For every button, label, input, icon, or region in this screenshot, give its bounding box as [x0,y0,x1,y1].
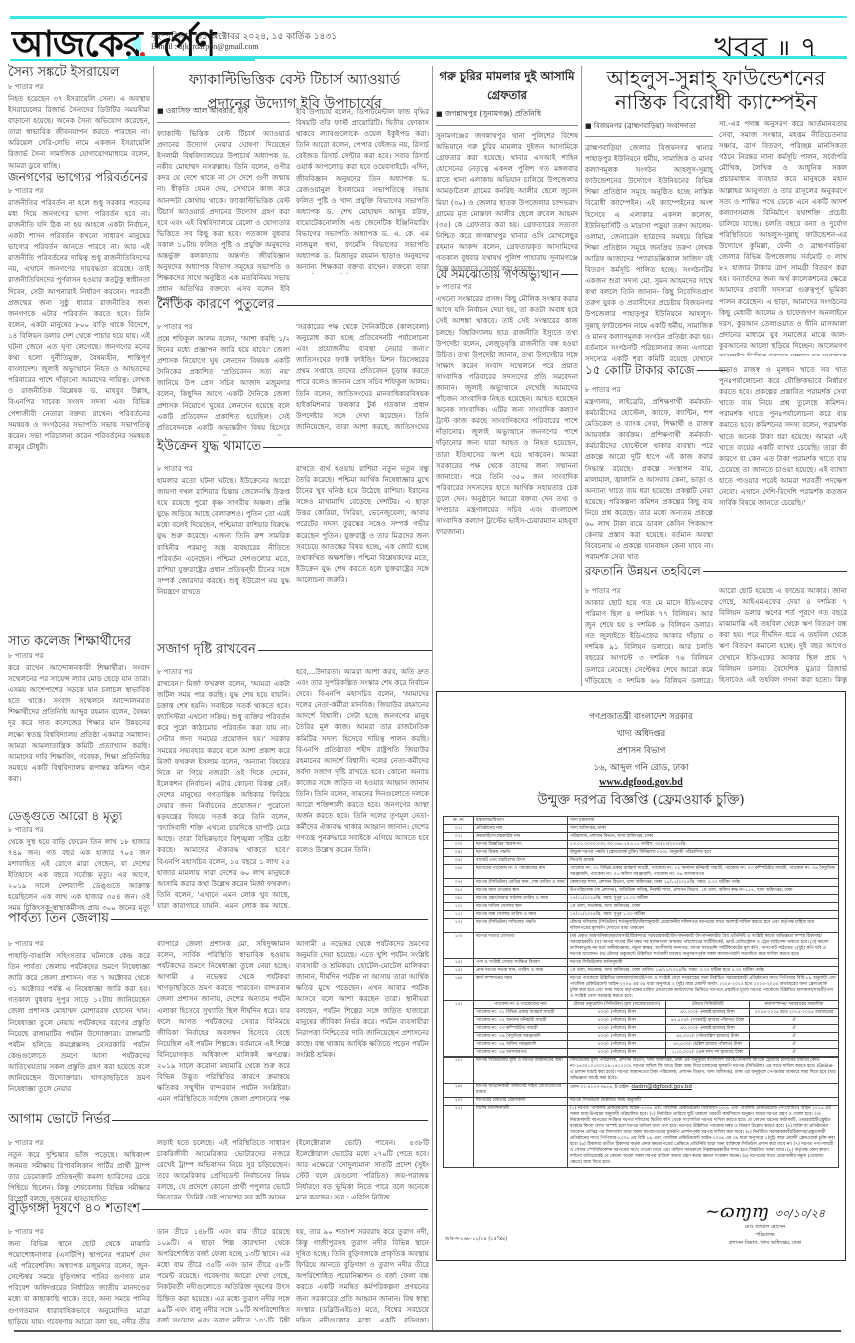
package-row: প্যাকেজ নং: ০৩ কম্পিউটার সামগ্রী৫০০/- (প… [444,1025,839,1033]
row-value: দরপত্র সিডিউলে উল্লিখিত সময় অনুযায়ী [568,1097,839,1105]
byline: জগন্নাথপুর (সুনামগঞ্জ) প্রতিনিধি [436,109,578,126]
article-body: আগামী ৫ নভেম্বর থেকে পর্যটকদের ভ্রমণের অ… [296,938,429,1104]
continued-label: ৮ পাতার পর [585,585,713,597]
column-divider [581,66,582,686]
ad-org-line1: গণপ্রজাতন্ত্রী বাংলাদেশ সরকার [443,710,839,724]
article-ukraine: ইউক্রেন যুদ্ধ থামাতে [157,440,432,455]
package-cell: ঐ [749,1041,838,1049]
signature-block: ~ɷɱɱ ৩০/১০/২৪ মোঃ জামাল হোসেন পরিচালক প্… [705,1201,825,1248]
row-value: (ক) প্রকৃত আমদানিকারক/ব্যবসায়ী/ঠিকাদার/… [568,933,839,959]
package-cell: ৫০০/- (পাঁচশত) টাকা [568,1017,666,1025]
headline-line2: নাস্তিক বিরোধী ক্যাম্পেইন [585,90,847,114]
row-label: ক্রয়কারী/সংগ্রহকারীর নাম [474,833,568,841]
row-value: ২য় তলা, সভাকক্ষ, খাদ্য অধিদপ্তর, ঢাকা ত… [568,967,839,975]
row-value: কোষাগার শাখা, প্রশাসন বিভাগ, খাদ্য অধিদপ… [568,879,839,887]
headline: সাত কলেজ শিক্ষার্থীদের [8,635,150,650]
article-body: হবে,...উদারতা। আমরা আশা করব, অতি দ্রুত এ… [296,666,429,904]
vigilance-col1: ৮ পাতার পর রাখবেন।' মির্জা ফখরুল বলেন, '… [157,666,290,908]
package-cell: ৫০০/- (পাঁচশত) টাকা [568,1041,666,1049]
row-label: দরপত্র সিডিউলের মূল্য ও দরপত্র জামানতের … [474,1057,568,1083]
row-value: ২য় তলা, সভাকক্ষ, খাদ্য অধিদপ্তর, ঢাকা [568,903,839,911]
row-number: ক্র. নং [444,817,474,825]
column-divider [432,66,433,1331]
article-body: মন্ত্রণালয়, লাইব্রেরি, প্রশিক্ষণার্থী ক… [585,396,713,562]
us-vote-col3: (ইলেক্টোরাল ভোট) পাবেন। ৫৩৮টি ইলেক্টোরাল… [296,1137,429,1199]
article-body: নতুন করে দুশ্চিন্তার ভাঁজ পড়েছে। অধিকাং… [8,1149,150,1204]
ukraine-col2: রাখতে ব্যর্থ হওয়ায় রাশিয়া নতুন নতুন ব… [296,463,429,629]
article-buriganga: বুড়িগঙ্গা দূষণে ৪০ শতাংশ [8,1202,428,1217]
row-label: দরপত্র গ্রহণ/জমার সর্বশেষ তারিখ ও সময় [474,895,568,903]
hill-col1: ৮ পাতার পর পাহাড়ি-বাঙালি সহিংসতার ঘটনাক… [8,938,150,1108]
tender-detail-row: ক্র. নংমন্ত্রণালয়/বিভাগখাদ্য মন্ত্রণালয… [444,817,839,825]
row-value-text: (১) দরপত্র 'পাবলিক প্রকিউরমেন্ট আইন-২০০৬… [570,1106,835,1165]
article-body: ডান তীরে ১৪৮টি এবং বাম তীরে রয়েছে ১০৯টি… [157,1226,290,1322]
row-label: দরপত্র আহ্বানকারী অফিসের সহিত যোগাযোগের … [474,1083,568,1097]
article-israel: সৈন্য সঙ্কটে ইসরায়েল ৮ পাতার পর নিহত হয… [8,66,150,173]
tender-detail-row: ০৭।দরপত্র (সিডিউল) প্রাপ্তির স্থান, শেষ … [444,879,839,887]
article-body: সা.-এর পদাঙ্ক অনুসরণ করে আর্তমানবতার সেব… [719,118,847,356]
row-label: বিশেষ নির্দেশনাবলী [474,1105,568,1167]
article-body: জন্য বিভিন্ন স্থানে ছোট থেকে মাঝারি পয়ো… [8,1238,150,1326]
tender-detail-row: ০৫।বাজেট এবং তহবিলের উৎসজিওবি রাজস্ব [444,857,839,865]
row-number: ১৩। [444,933,474,959]
buriganga-col3: হয়, তার ৯০ শতাংশ সরবরাহ করে তুরাগ নদী, … [296,1226,429,1322]
row-value: দরপত্র সিডিউলের বর্ণনানুযায়ী [568,959,839,967]
article-body: প্রশ্নে শফিকুল আলম বলেন, 'আশা করছি ১/২ দ… [157,333,290,436]
tender-detail-row: ১৩।দরপত্র দাতার যোগ্যতা(ক) প্রকৃত আমদানি… [444,933,839,959]
package-cell: প্যাকেজ নং: ০১ বিভিন্ন প্রকার ব্যবহার্য … [474,1009,568,1017]
row-label: মন্ত্রণালয়/বিভাগ [474,817,568,825]
ad-website-link[interactable]: www.dgfood.gov.bd [599,777,683,788]
article-body: ফ্যাকাল্টি ভিত্তিক বেস্ট টিচার্স অ্যাওয়… [157,128,290,318]
article-export-fund: রফতানি উন্নয়ন তহবিলে [585,565,847,579]
us-vote-col1: ৮ পাতার পর নতুন করে দুশ্চিন্তার ভাঁজ পড়… [8,1137,150,1204]
row-number: ১৪। [444,959,474,967]
package-cell: ৫০০/- (পাঁচশত) টাকা [568,1009,666,1017]
tender-detail-row: ০৪।দরপত্র বিক্রয় পদ্ধতিউন্মুক্ত দরপত্র … [444,849,839,857]
row-value: খাদ্য মন্ত্রণালয় [568,817,839,825]
masthead-bottom-rule [128,56,847,59]
ad-website-wrap: www.dgfood.gov.bd [443,777,839,788]
headline: নৈতিক কারণে পুতুলের [157,298,275,313]
row-label: দরপত্রের বৈধতার মেয়াদকাল [474,1097,568,1105]
tender-detail-row: ২০।দরপত্রের বৈধতার মেয়াদকালদরপত্র সিডিউ… [444,1097,839,1105]
article-body: ব্যাপারে জেলা প্রশাসক মো. সহিদুজ্জামান ব… [157,938,290,1104]
row-value-text: ১৭/১১/২০২৪খ্রি. সময়: দুপুর ১.০০ ঘটিকা [570,912,645,917]
column-header: টেন্ডার ডকুমেন্টস (সিডিউল) মূল্য (অফেরতয… [568,1001,666,1009]
package-cell: প্যাকেজ নং: ০৩ কম্পিউটার সামগ্রী [474,1025,568,1033]
triangle-arrow-icon [131,35,141,53]
row-value-text: ২য় তলা, সভাকক্ষ, খাদ্য অধিদপ্তর, ঢাকা ত… [570,968,764,973]
article-body: ছাড়াও রাজস্ব ও মূলধন খাতে সব খাত পুনঃপর… [719,364,847,554]
tender-notice-ad: গণপ্রজাতন্ত্রী বাংলাদেশ সরকার খাদ্য অধিদ… [436,691,846,1261]
ahlus-col2: সা.-এর পদাঙ্ক অনুসরণ করে আর্তমানবতার সেব… [719,118,847,356]
headline: বুড়িগঙ্গা দূষণে ৪০ শতাংশ [8,1202,140,1217]
column-header: প্যাকেজ নং ও প্যাকেজের নাম [474,1001,568,1009]
tender-detail-row: ০৬।দরপত্রের প্যাকেজ নং ও প্যাকেজের নামপ্… [444,865,839,879]
row-label: পণ্য ও সংশ্লিষ্ট সেবার সংক্ষিপ্ত বিবরণ [474,959,568,967]
ukraine-col1: ৮ পাতার পর হামলার মতো ঘটনা ঘটছে। ইউক্রেন… [157,463,290,630]
article-body: থেকে সুস্থ হয়ে বাড়ি ফেরেন তিন লাখ ১৮ হ… [8,836,150,916]
article-body: পাহাড়ি-বাঙালি সহিংসতার ঘটনাকে কেন্দ্র ক… [8,950,150,1108]
tender-detail-row: ০১।প্রতিষ্ঠানের নামখাদ্য অধিদপ্তর, ঢাকা [444,825,839,833]
row-value-text: উপপরিচালক (সা.প্রশাসন), অতিরিক্ত দায়িত্… [570,888,793,893]
row-number: ০১। [444,825,474,833]
package-cell: ৫০০/- (পাঁচশত) টাকা [568,1025,666,1033]
article-people-fate: জনগণের ভাগ্যের পরিবর্তনের ৮ পাতার পর রাজ… [8,171,150,611]
package-row: প্যাকেজ নং: ০২ অন্যান্য মনিহারী সামগ্রী৫… [444,1017,839,1025]
row-value-text: পরিচালক, প্রশাসন বিভাগ, খাদ্য অধিদপ্তর, … [570,834,653,839]
signatory-name: মোঃ জামাল হোসেন [705,1224,825,1232]
headline-rule [277,305,432,306]
column-header: টেন্ডার সিকিউরিটি [666,1001,750,1009]
fifteen-crore-col2: ছাড়াও রাজস্ব ও মূলধন খাতে সব খাত পুনঃপর… [719,364,847,554]
tender-detail-row: ১৬।কার্য সম্পাদনের সময়দরপত্র প্যাকেজে উ… [444,975,839,1001]
row-label: দরপত্র দাতার যোগ্যতা [474,933,568,959]
article-body: লড়াই হতে চলেছে। এই পরিস্থিতিতে সাধারণ চ… [157,1137,290,1199]
headline-rule [111,919,428,920]
headline-line1: আহলুস-সুন্নাহ্ ফাউন্ডেশনের [585,66,847,90]
headline-rule [703,571,847,572]
iu-award-col1: ওয়াসিফ আল আবরার, ইবি ফ্যাকাল্টি ভিত্তিক… [157,106,290,318]
row-value-text: দরপত্র সিডিউলের বর্ণনানুযায়ী [570,960,623,965]
contact-email-link[interactable]: dadm@dgfood.gov.bd [631,1084,692,1090]
vigilance-col2: হবে,...উদারতা। আমরা আশা করব, অতি দ্রুত এ… [296,666,429,904]
tender-details-table: ক্র. নংমন্ত্রণালয়/বিভাগখাদ্য মন্ত্রণালয… [443,816,839,1001]
package-cell: ৯০,০০০/- (নব্বই হাজার) টাকা [666,1009,750,1017]
article-body: হামলার মতো ঘটনা ঘটছে। ইউক্রেনের আরো জায়… [157,475,290,630]
headline-rule [258,650,432,651]
package-cell: ঐ [749,1049,838,1057]
buriganga-col1: ৮ পাতার পর জন্য বিভিন্ন স্থানে ছোট থেকে … [8,1226,150,1326]
tender-detail-row: ১৫।প্রাক দরপত্র সভার স্থান, তারিখ ও সময়… [444,967,839,975]
row-number: ১১। [444,911,474,919]
package-cell: ৫০০/- (পাঁচশত) টাকা [568,1049,666,1057]
ad-code: আব-স-২৬৮-১০/২৪ (১৫"x৪) [445,1236,507,1244]
article-putul: নৈতিক কারণে পুতুলের [157,298,432,313]
row-number: ০৭। [444,879,474,887]
headline: সজাগ দৃষ্টি রাখবেন [157,643,256,658]
signature-icon: ~ɷɱɱ ৩০/১০/২৪ [705,1201,825,1224]
continued-label: ৮ পাতার পর [8,1226,150,1238]
headline-rule [263,447,432,448]
article-seven-college: সাত কলেজ শিক্ষার্থীদের ৮ পাতার পর করে রা… [8,635,150,817]
ad-org-line2: খাদ্য অধিদপ্তর [443,727,839,741]
masthead-accent-line-right [265,16,847,18]
row-value: জিওবি রাজস্ব [568,857,839,865]
tender-detail-row: ১৮।দরপত্র সিডিউলের মূল্য ও দরপত্র জামানত… [444,1057,839,1083]
article-journalists: যে সমঝোতায় গণঅভ্যুত্থান ৮ পাতার পর এখনো… [436,268,578,681]
us-vote-col2: লড়াই হতে চলেছে। এই পরিস্থিতিতে সাধারণ চ… [157,1137,290,1199]
row-label: প্রাক দরপত্র সভার স্থান, তারিখ ও সময় [474,967,568,975]
row-label: দরপত্র বাক্স খোলার তারিখ ও সময় [474,911,568,919]
headline: যে সমঝোতায় গণঅভ্যুত্থান [436,268,559,281]
row-number: ০৫। [444,857,474,865]
tender-detail-row: ১৯।দরপত্র আহ্বানকারী অফিসের সহিত যোগাযোগ… [444,1083,839,1097]
tender-detail-row: ০৩।দরপত্র বিজ্ঞপ্তির স্মারক নং.১৩.০১.০০০… [444,841,839,849]
row-number: ০৩। [444,841,474,849]
article-body: আরো ছোট হয়েছে এ ফান্ডের আকার। জানা গেছে… [719,585,847,683]
row-value: টেন্ডার দলিলের (সিডিউল) শর্তানুযায়ী/দলি… [568,919,839,933]
article-body: করে রাখেন আন্দোলনকারী শিক্ষার্থীরা। সংবা… [8,662,150,817]
package-cell: ৪৫,০০০/- (পঁয়তাল্লিশ হাজার) টাকা [666,1033,750,1041]
continued-label: ৮ পাতার পর [157,463,290,475]
article-dengue: ডেঙ্গুতে আরো ৪ মৃত্যু ৮ পাতার পর থেকে সু… [8,810,150,916]
article-body: রাজনীতির পরিবর্তন না হলে শুধু সরকার পতনে… [8,197,150,611]
row-number: ১০। [444,903,474,911]
row-number: ০২। [444,833,474,841]
package-table: ১৭।প্যাকেজ নং ও প্যাকেজের নামটেন্ডার ডকু… [443,1000,839,1057]
row-number: ০৪। [444,849,474,857]
export-fund-col1: ৮ পাতার পর আকার ছোট হয়ে গত মে মাসে ইডিএ… [585,585,713,685]
row-number: ১৫। [444,967,474,975]
row-number: ২১। [444,1105,474,1167]
continued-label: ৮ পাতার পর [585,384,713,396]
row-value: খাদ্য অধিদপ্তর, ঢাকা [568,825,839,833]
package-cell: ৬৭,৫০০/- (সাতষট্টি হাজার পাঁচশত) টাকা [666,1017,750,1025]
row-value-text: ফোন ০২-৪১০৩-৩৬২৪, ই-মেইল- [570,1085,630,1090]
row-number: ১৯। [444,1083,474,1097]
buriganga-col2: ডান তীরে ১৪৮টি এবং বাম তীরে রয়েছে ১০৯টি… [157,1226,290,1322]
row-label: প্রতিষ্ঠানের নাম [474,825,568,833]
package-cell: ৪০,৫০০/- (চল্লিশ হাজার পাঁচশত) টাকা [666,1041,750,1049]
tender-details-table-2: ১৮।দরপত্র সিডিউলের মূল্য ও দরপত্র জামানত… [443,1057,839,1168]
article-vigilance: সজাগ দৃষ্টি রাখবেন [157,643,432,658]
row-label: দরপত্র জমা দেওয়ার স্থান [474,887,568,895]
row-value: ১৭/১১/২০২৪খ্রি. সময়: দুপুর ১২.০০ ঘটিকা [568,895,839,903]
tender-detail-row: ১২।দরপত্র (সিডিউল) দাখিলের পদ্ধতিটেন্ডার… [444,919,839,933]
headline-rule [142,1209,428,1210]
column-header: কার্যসম্পাদন/ সরবরাহের সময়সীমা [749,1001,838,1009]
continued-label: ৮ পাতার পর [8,938,150,950]
headline: সৈন্য সঙ্কটে ইসরায়েল [8,66,150,81]
tender-detail-row: ০৯।দরপত্র গ্রহণ/জমার সর্বশেষ তারিখ ও সময… [444,895,839,903]
row-number: ০৬। [444,865,474,879]
row-number: ০৮। [444,887,474,895]
article-us-vote: আগাম ভোটে নির্ভর [8,1113,428,1128]
row-label: দরপত্রের প্যাকেজ নং ও প্যাকেজের নাম [474,865,568,879]
package-row: প্যাকেজ নং: ০৬ আসবাবপত্র৫০০/- (পাঁচশত) ট… [444,1049,839,1057]
page-number: ৭ [799,31,819,66]
row-value-text: উন্মুক্ত দরপত্র পদ্ধতি (ফ্রেমওয়ার্ক চুক… [570,850,711,855]
column-divider [153,66,154,906]
export-fund-col2: আরো ছোট হয়েছে এ ফান্ডের আকার। জানা গেছে… [719,585,847,683]
headline-line1: ফ্যাকাল্টিভিত্তিক বেস্ট টিচার্স অ্যাওয়া… [157,68,432,92]
row-value: প্যাকেজ নং: ০১ বিভিন্ন প্রকার ব্যবহার্য … [568,865,839,879]
article-body: সুনামগঞ্জের জগন্নাথপুর থানা পুলিশের বিশে… [436,130,578,274]
continued-label: ৮ পাতার পর [8,824,150,836]
row-value: ১৭/১১/২০২৪খ্রি. সময়: দুপুর ১.০০ ঘটিকা [568,911,839,919]
row-value-text: ২য় তলা, সভাকক্ষ, খাদ্য অধিদপ্তর, ঢাকা [570,904,640,909]
package-row: প্যাকেজ নং: ০১ বিভিন্ন প্রকার ব্যবহার্য … [444,1009,839,1017]
ad-address: ১৬, আব্দুল গনি রোড, ঢাকা [443,761,839,775]
package-cell: ৫০০/- (পাঁচশত) টাকা [568,1033,666,1041]
row-value-text: খাদ্য মন্ত্রণালয় [570,818,594,823]
row-label: কার্য সম্পাদনের সময় [474,975,568,1001]
continued-label: ৮ পাতার পর [8,81,150,93]
signatory-office: প্রশাসন বিভাগ, খাদ্য অধিদপ্তর, ঢাকা [705,1240,825,1248]
continued-label: ৮ পাতার পর [436,281,578,293]
row-value-text: ১৩.০১.০০০০.০৩২.৩০.০৬৮.২৪.৮১১ তারিখ: ৩০/১… [570,842,687,847]
fifteen-crore-col1: ৮ পাতার পর মন্ত্রণালয়, লাইব্রেরি, প্রশি… [585,384,713,562]
package-cell: ২০২৪-২০২৫ হতে ২০২৫-২০২৬ অর্থবছরের [749,1009,838,1017]
headline: ডেঙ্গুতে আরো ৪ মৃত্যু [8,810,150,824]
headline-rule [561,274,578,275]
package-cell: ঐ [749,1033,838,1041]
package-cell: প্যাকেজ নং: ০৬ আসবাবপত্র [474,1049,568,1057]
package-table-header: ১৭।প্যাকেজ নং ও প্যাকেজের নামটেন্ডার ডকু… [444,1001,839,1009]
page-bottom-rule [14,1330,841,1332]
package-row: প্যাকেজ নং: ০৫ অফিস সরঞ্জামাদি৫০০/- (পাঁ… [444,1041,839,1049]
row-value-text: প্যাকেজ নং: ০১ বিভিন্ন প্রকার ব্যবহার্য … [570,866,835,877]
article-hill-districts: পার্বত্য তিন জেলায় [8,912,428,927]
row-value-text: দরপত্র প্যাকেজে উল্লিখিত মালামাল/সামগ্রী… [570,976,836,999]
row-value-text: ১৭/১১/২০২৪খ্রি. সময়: দুপুর ১২.০০ ঘটিকা [570,896,648,901]
tender-detail-row: ১৪।পণ্য ও সংশ্লিষ্ট সেবার সংক্ষিপ্ত বিবর… [444,959,839,967]
contact-email[interactable]: E-mail : ajkerdarpon@gmail.com [151,42,259,51]
hill-col2: ব্যাপারে জেলা প্রশাসক মো. সহিদুজ্জামান ব… [157,938,290,1104]
row-value-text: খাদ্য অধিদপ্তর, ঢাকা [570,826,606,831]
row-number: ১৭। [444,1001,474,1057]
row-value: সিডিউলের মূল্য পরিচালক, প্রশাসন বিভাগ, খ… [568,1057,839,1083]
row-number: ০৯। [444,895,474,903]
package-cell: ৯০,০০০/- (নব্বই হাজার) টাকা [666,1025,750,1033]
row-label: বাজেট এবং তহবিলের উৎস [474,857,568,865]
article-fifteen-crore: ১৫ কোটি টাকার কাজে [585,364,727,378]
continued-label: ৮ পাতার পর [157,666,290,678]
package-cell: ঐ [749,1017,838,1025]
row-value-text: কোষাগার শাখা, প্রশাসন বিভাগ, খাদ্য অধিদপ… [570,880,740,885]
headline: ১৫ কোটি টাকার কাজে [585,364,695,378]
package-cell: ঐ [749,1025,838,1033]
row-value-text: জিওবি রাজস্ব [570,858,594,863]
row-value: ফোন ০২-৪১০৩-৩৬২৪, ই-মেইল- dadm@dgfood.go… [568,1083,839,1097]
package-cell: প্যাকেজ নং: ০৪ বৈদ্যুতিক সরঞ্জামাদি [474,1033,568,1041]
row-value-text: দরপত্র সিডিউলে উল্লিখিত সময় অনুযায়ী [570,1098,641,1103]
row-value: পরিচালক, প্রশাসন বিভাগ, খাদ্য অধিদপ্তর, … [568,833,839,841]
article-ahlus-sunnah: আহলুস-সুন্নাহ্ ফাউন্ডেশনের নাস্তিক বিরোধ… [585,66,847,114]
package-cell: প্যাকেজ নং: ০৫ অফিস সরঞ্জামাদি [474,1041,568,1049]
article-body: (ইলেক্টোরাল ভোট) পাবেন। ৫৩৮টি ইলেক্টোরাল… [296,1137,429,1199]
article-body: এখনো সংস্কারের প্রসঙ্গ। কিছু মৌলিক সংস্ক… [436,293,578,681]
row-label: দরপত্র বিক্রয় পদ্ধতি [474,849,568,857]
continued-label: ৮ পাতার পর [8,185,150,197]
row-value-text: (ক) প্রকৃত আমদানিকারক/ব্যবসায়ী/ঠিকাদার/… [570,934,829,957]
continued-label: ৮ পাতার পর [8,1137,150,1149]
headline: পার্বত্য তিন জেলায় [8,912,109,927]
article-body: আকার ছোট হয়ে গত মে মাসে ইডিএফের পরিমাণ … [585,597,713,685]
article-body: রাখতে ব্যর্থ হওয়ায় রাশিয়া নতুন নতুন ব… [296,463,429,629]
headline: ইউক্রেন যুদ্ধ থামাতে [157,440,261,455]
package-row: প্যাকেজ নং: ০৪ বৈদ্যুতিক সরঞ্জামাদি৫০০/-… [444,1033,839,1041]
ad-org-line3: প্রশাসন বিভাগ [443,744,839,758]
package-cell: ১,১০,০০০/- (এক লাখ দশ হাজার) টাকা [666,1049,750,1057]
headline: আগাম ভোটে নির্ভর [8,1113,110,1128]
tender-detail-row: ১১।দরপত্র বাক্স খোলার তারিখ ও সময়১৭/১১/… [444,911,839,919]
ahlus-col1: বিজয়নগর (ব্রাহ্মণবাড়িয়া) সংবাদদাতা ব্… [585,120,713,362]
putul-col2: 'সরকারের পক্ষ থেকে দৈনিকটিকে (কালবেলা) অ… [296,321,429,433]
row-value-text: টেন্ডার দলিলের (সিডিউল) শর্তানুযায়ী/দলি… [570,920,814,931]
headline: গরু চুরির মামলার দুই আসামি গ্রেফতার [436,68,578,106]
row-value: উন্মুক্ত দরপত্র পদ্ধতি (ফ্রেমওয়ার্ক চুক… [568,849,839,857]
article-body: 'সরকারের পক্ষ থেকে দৈনিকটিকে (কালবেলা) অ… [296,321,429,433]
headline: জনগণের ভাগ্যের পরিবর্তনের [8,171,150,185]
article-body: রাখবেন।' মির্জা ফখরুল বলেন, 'আমরা একটা জ… [157,678,290,908]
row-number: ১২। [444,919,474,933]
row-label: দরপত্র বিজ্ঞপ্তির স্মারক নং. [474,841,568,849]
article-body: নিহত হয়েছেন ৩৭ ইসরায়েলি সেনা। এ অবস্থা… [8,93,150,173]
article-body: হয়, তার ৯০ শতাংশ সরবরাহ করে তুরাগ নদী, … [296,1226,429,1322]
continued-label: ৮ পাতার পর [8,650,150,662]
headline-rule [112,1120,428,1121]
signatory-title: পরিচালক [705,1232,825,1240]
hill-col3: আগামী ৫ নভেম্বর থেকে পর্যটকদের ভ্রমণের অ… [296,938,429,1104]
row-value: উপপরিচালক (সা.প্রশাসন), অতিরিক্ত দায়িত্… [568,887,839,895]
masthead-accent-line [10,16,265,19]
row-number: ২০। [444,1097,474,1105]
row-number: ১৬। [444,975,474,1001]
article-body: ইবি উপাচার্য বলেন, ডিপার্টমেন্টাল ফান্ড … [296,106,429,274]
article-cow-theft: গরু চুরির মামলার দুই আসামি গ্রেফতার জগন্… [436,68,578,274]
row-value: ১৩.০১.০০০০.০৩২.৩০.০৬৮.২৪.৮১১ তারিখ: ৩০/১… [568,841,839,849]
row-label: দরপত্র (সিডিউল) দাখিলের পদ্ধতি [474,919,568,933]
iu-award-col2: ইবি উপাচার্য বলেন, ডিপার্টমেন্টাল ফান্ড … [296,106,429,274]
byline: ওয়াসিফ আল আবরার, ইবি [157,106,290,123]
tender-detail-row: ২১।বিশেষ নির্দেশনাবলী(১) দরপত্র 'পাবলিক … [444,1105,839,1167]
tender-detail-row: ০২।ক্রয়কারী/সংগ্রহকারীর নামপরিচালক, প্র… [444,833,839,841]
package-cell: প্যাকেজ নং: ০২ অন্যান্য মনিহারী সামগ্রী [474,1017,568,1025]
tender-detail-row: ১০।দরপত্র দাখিল খোলার স্থান২য় তলা, সভাক… [444,903,839,911]
continued-label: ৮ পাতার পর [157,321,290,333]
tender-detail-row: ০৮।দরপত্র জমা দেওয়ার স্থানউপপরিচালক (সা… [444,887,839,895]
row-value: দরপত্র প্যাকেজে উল্লিখিত মালামাল/সামগ্রী… [568,975,839,1001]
row-value: (১) দরপত্র 'পাবলিক প্রকিউরমেন্ট আইন-২০০৬… [568,1105,839,1167]
row-label: দরপত্র দাখিল খোলার স্থান [474,903,568,911]
row-label: দরপত্র (সিডিউল) প্রাপ্তির স্থান, শেষ তার… [474,879,568,887]
row-number: ১৮। [444,1057,474,1083]
article-body: ব্রাহ্মণবাড়িয়া জেলার বিজয়নগর থানার পা… [585,142,713,362]
byline: বিজয়নগর (ব্রাহ্মণবাড়িয়া) সংবাদদাতা [585,120,713,137]
ad-title: উন্মুক্ত দরপত্র বিজ্ঞপ্তি (ফ্রেমওয়ার্ক … [443,791,839,812]
headline: রফতানি উন্নয়ন তহবিলে [585,565,701,579]
putul-col1: ৮ পাতার পর প্রশ্নে শফিকুল আলম বলেন, 'আশা… [157,321,290,436]
masthead-bottom-rule-left [10,59,255,61]
row-value-text: সিডিউলের মূল্য পরিচালক, প্রশাসন বিভাগ, খ… [570,1058,836,1081]
